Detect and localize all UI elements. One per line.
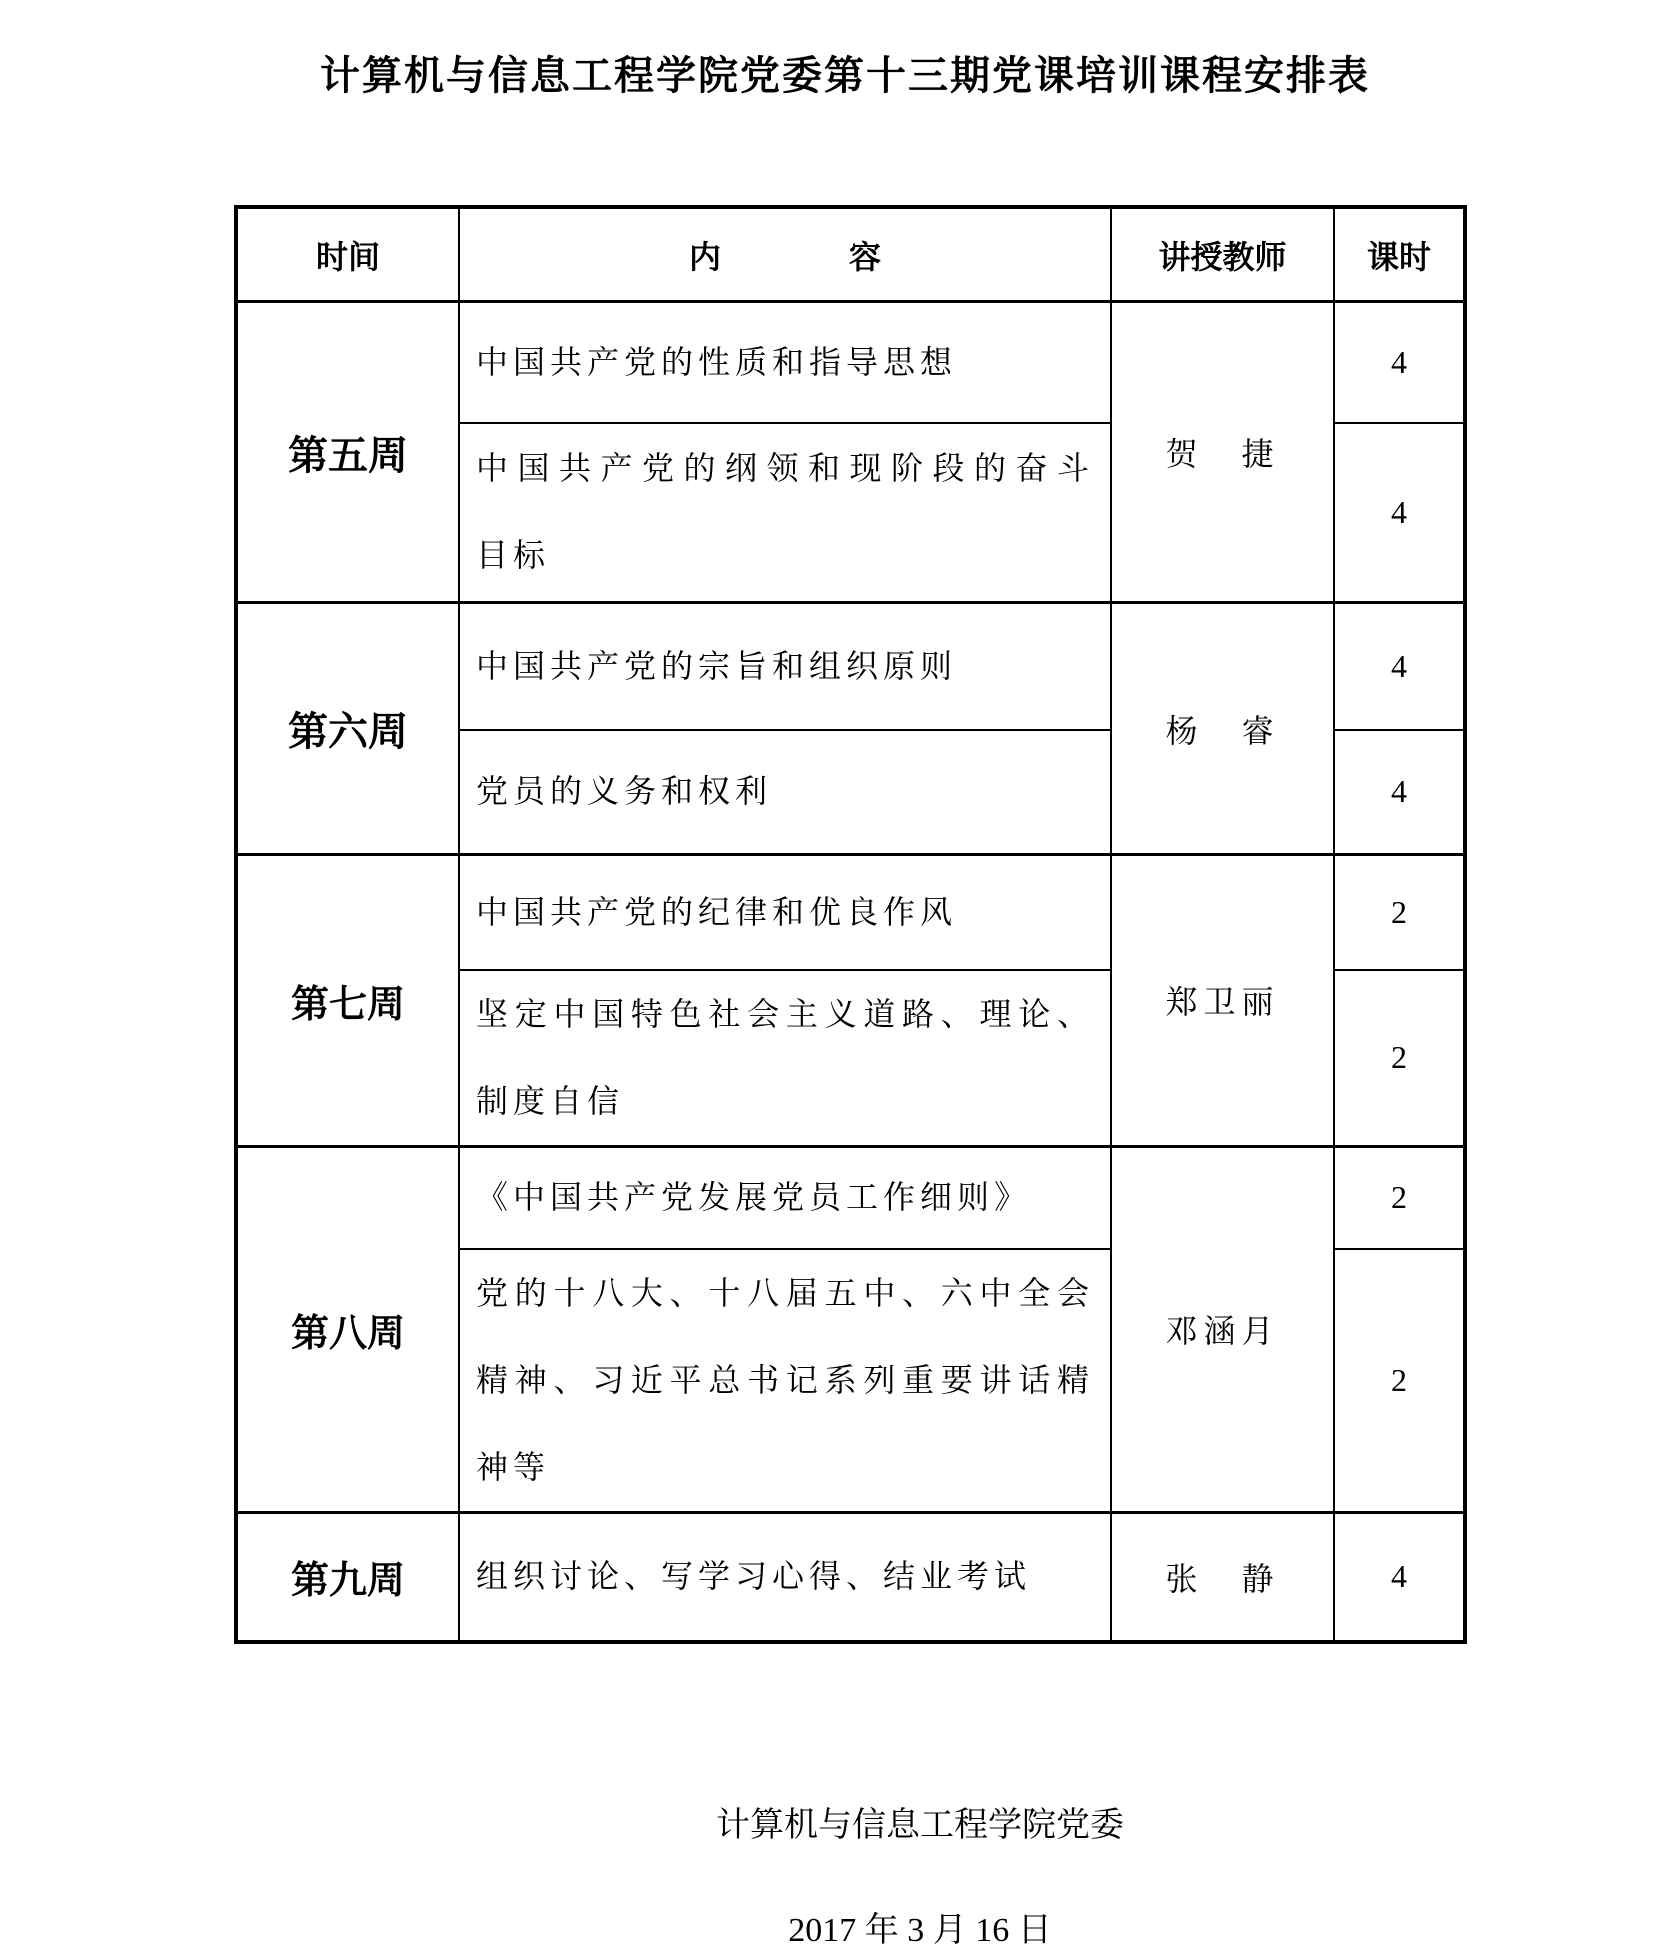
header-hours: 课时 [1334, 207, 1465, 302]
content-text: 党员的义务和权利 [460, 748, 1110, 835]
content-cell: 中国共产党的宗旨和组织原则 [459, 603, 1111, 730]
week-cell: 第五周 [236, 302, 459, 603]
content-line: 党的十八大、十八届五中、六中全会 [476, 1250, 1094, 1337]
table-row: 第六周中国共产党的宗旨和组织原则杨 睿4 [236, 603, 1465, 730]
content-text: 中国共产党的宗旨和组织原则 [460, 623, 1110, 710]
content-line: 中国共产党的纲领和现阶段的奋斗 [476, 425, 1094, 512]
header-teacher: 讲授教师 [1111, 207, 1334, 302]
content-line: 中国共产党的宗旨和组织原则 [476, 623, 1094, 710]
content-line: 中国共产党的纪律和优良作风 [476, 869, 1094, 956]
table-row: 第八周《中国共产党发展党员工作细则》邓涵月2 [236, 1146, 1465, 1249]
schedule-table-body: 第五周中国共产党的性质和指导思想贺 捷4中国共产党的纲领和现阶段的奋斗目标4第六… [236, 302, 1465, 1642]
content-line: 精神、习近平总书记系列重要讲话精 [476, 1337, 1094, 1424]
content-cell: 《中国共产党发展党员工作细则》 [459, 1146, 1111, 1249]
content-cell: 组织讨论、写学习心得、结业考试 [459, 1513, 1111, 1642]
content-cell: 中国共产党的性质和指导思想 [459, 302, 1111, 423]
content-cell: 党员的义务和权利 [459, 730, 1111, 855]
teacher-cell: 贺 捷 [1111, 302, 1334, 603]
hours-cell: 4 [1334, 1513, 1465, 1642]
table-row: 第七周中国共产党的纪律和优良作风郑卫丽2 [236, 855, 1465, 970]
document-page: 计算机与信息工程学院党委第十三期党课培训课程安排表 时间 内 容 讲授教师 课时… [0, 0, 1654, 1959]
content-line: 目标 [476, 512, 1094, 599]
content-cell: 党的十八大、十八届五中、六中全会精神、习近平总书记系列重要讲话精神等 [459, 1249, 1111, 1513]
hours-cell: 4 [1334, 730, 1465, 855]
teacher-cell: 杨 睿 [1111, 603, 1334, 855]
hours-cell: 4 [1334, 423, 1465, 603]
teacher-cell: 邓涵月 [1111, 1146, 1334, 1513]
footer: 计算机与信息工程学院党委 2017 年 3 月 16 日 [716, 1802, 1124, 1955]
schedule-table: 时间 内 容 讲授教师 课时 第五周中国共产党的性质和指导思想贺 捷4中国共产党… [234, 205, 1467, 1644]
hours-cell: 4 [1334, 302, 1465, 423]
content-line: 组织讨论、写学习心得、结业考试 [476, 1533, 1094, 1620]
content-cell: 中国共产党的纪律和优良作风 [459, 855, 1111, 970]
content-text: 中国共产党的纪律和优良作风 [460, 869, 1110, 956]
content-text: 中国共产党的性质和指导思想 [460, 319, 1110, 406]
teacher-cell: 张 静 [1111, 1513, 1334, 1642]
hours-cell: 2 [1334, 970, 1465, 1147]
hours-cell: 2 [1334, 855, 1465, 970]
content-text: 坚定中国特色社会主义道路、理论、制度自信 [460, 971, 1110, 1145]
header-content: 内 容 [459, 207, 1111, 302]
content-cell: 中国共产党的纲领和现阶段的奋斗目标 [459, 423, 1111, 603]
table-row: 第九周组织讨论、写学习心得、结业考试张 静4 [236, 1513, 1465, 1642]
content-text: 党的十八大、十八届五中、六中全会精神、习近平总书记系列重要讲话精神等 [460, 1250, 1110, 1511]
content-line: 神等 [476, 1424, 1094, 1511]
teacher-cell: 郑卫丽 [1111, 855, 1334, 1147]
content-line: 党员的义务和权利 [476, 748, 1094, 835]
week-cell: 第六周 [236, 603, 459, 855]
week-cell: 第七周 [236, 855, 459, 1147]
table-header-row: 时间 内 容 讲授教师 课时 [236, 207, 1465, 302]
content-line: 中国共产党的性质和指导思想 [476, 319, 1094, 406]
hours-cell: 2 [1334, 1249, 1465, 1513]
content-line: 制度自信 [476, 1058, 1094, 1145]
header-time: 时间 [236, 207, 459, 302]
content-line: 《中国共产党发展党员工作细则》 [476, 1154, 1094, 1241]
content-cell: 坚定中国特色社会主义道路、理论、制度自信 [459, 970, 1111, 1147]
content-text: 《中国共产党发展党员工作细则》 [460, 1154, 1110, 1241]
footer-organization: 计算机与信息工程学院党委 [716, 1802, 1124, 1850]
content-line: 坚定中国特色社会主义道路、理论、 [476, 971, 1094, 1058]
week-cell: 第九周 [236, 1513, 459, 1642]
footer-date: 2017 年 3 月 16 日 [716, 1907, 1124, 1955]
week-cell: 第八周 [236, 1146, 459, 1513]
hours-cell: 2 [1334, 1146, 1465, 1249]
table-row: 第五周中国共产党的性质和指导思想贺 捷4 [236, 302, 1465, 423]
page-title: 计算机与信息工程学院党委第十三期党课培训课程安排表 [0, 52, 1654, 100]
content-text: 组织讨论、写学习心得、结业考试 [460, 1533, 1110, 1620]
content-text: 中国共产党的纲领和现阶段的奋斗目标 [460, 425, 1110, 599]
hours-cell: 4 [1334, 603, 1465, 730]
